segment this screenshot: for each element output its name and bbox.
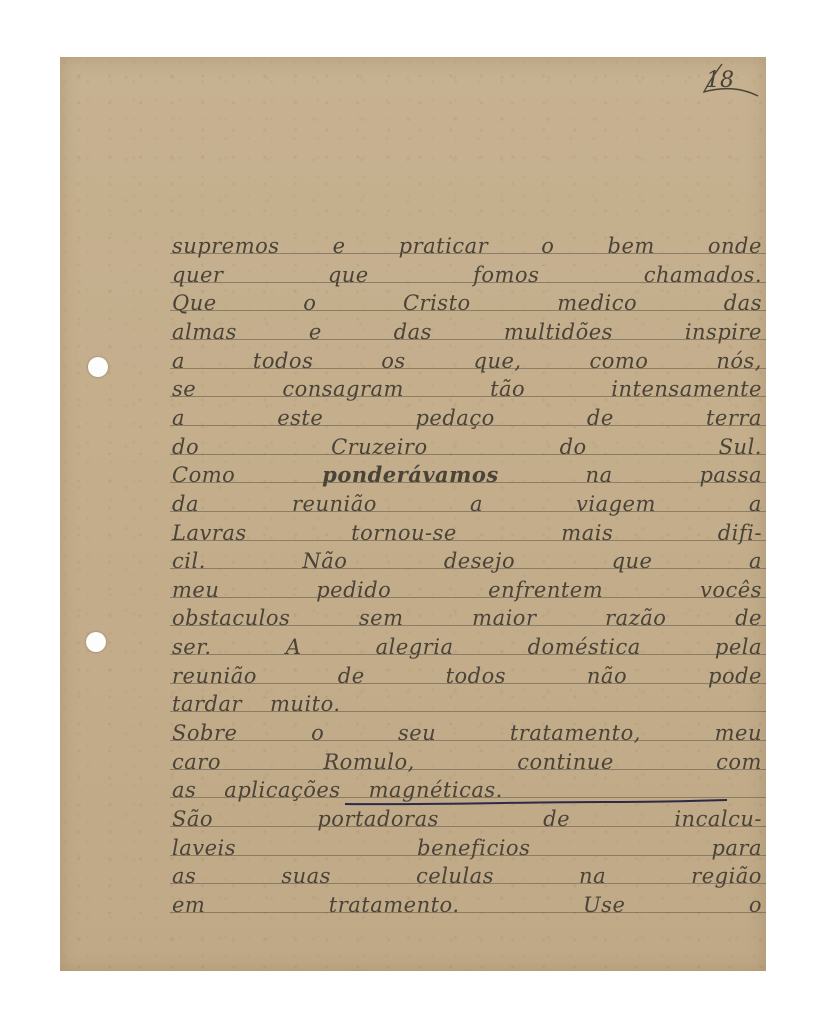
word: desejo	[444, 550, 515, 572]
word: viagem	[576, 493, 656, 515]
word: vocês	[700, 579, 762, 601]
word: do	[172, 436, 199, 458]
word: São	[172, 808, 213, 830]
text-line: cil.Nãodesejoquea	[172, 544, 762, 572]
word: a	[172, 407, 185, 429]
word: o	[303, 292, 316, 314]
word: almas	[172, 321, 237, 343]
word: como	[589, 350, 648, 372]
word: Sobre	[172, 722, 237, 744]
word: de	[587, 407, 614, 429]
text-line: asaplicaçõesmagnéticas.	[172, 773, 762, 801]
word: fomos	[473, 264, 539, 286]
word: passa	[699, 464, 762, 486]
word: se	[172, 378, 196, 400]
word: a	[749, 493, 762, 515]
word: as	[172, 865, 196, 887]
word: pedido	[316, 579, 391, 601]
word: ponderávamos	[322, 464, 499, 486]
text-line: ser.Aalegriadomésticapela	[172, 630, 762, 658]
word: tratamento.	[329, 894, 460, 916]
word: obstaculos	[172, 607, 290, 629]
text-line: Sobreoseutratamento,meu	[172, 716, 762, 744]
word: em	[172, 894, 205, 916]
word: muito.	[270, 693, 341, 715]
word: Sul.	[719, 436, 762, 458]
word: este	[277, 407, 323, 429]
word: que,	[474, 350, 522, 372]
word: das	[724, 292, 762, 314]
word: onde	[708, 235, 762, 257]
text-line: laveisbeneficiospara	[172, 831, 762, 859]
word: Cruzeiro	[331, 436, 428, 458]
word: o	[541, 235, 554, 257]
word: todos	[253, 350, 313, 372]
word: reunião	[172, 665, 257, 687]
text-line: querquefomoschamados.	[172, 258, 762, 286]
word: pedaço	[415, 407, 494, 429]
word: sem	[359, 607, 404, 629]
word: enfrentem	[488, 579, 603, 601]
text-line: doCruzeirodoSul.	[172, 430, 762, 458]
word: aplicações	[224, 779, 340, 801]
word: caro	[172, 751, 221, 773]
word: tão	[490, 378, 525, 400]
word: tratamento,	[510, 722, 641, 744]
word: na	[579, 865, 606, 887]
word: de	[543, 808, 570, 830]
word: inspire	[685, 321, 762, 343]
word: e	[309, 321, 322, 343]
word: Como	[172, 464, 235, 486]
word: tardar	[172, 693, 242, 715]
punch-hole-top	[88, 357, 108, 377]
text-line: seconsagramtãointensamente	[172, 372, 762, 400]
word: multidões	[504, 321, 613, 343]
word: na	[586, 464, 613, 486]
text-line: Lavrastornou-semaisdifi-	[172, 516, 762, 544]
word: celulas	[416, 865, 494, 887]
word: não	[587, 665, 627, 687]
word: Use	[583, 894, 625, 916]
word: a	[749, 550, 762, 572]
word: tornou-se	[351, 522, 457, 544]
text-line: tardarmuito.	[172, 687, 762, 715]
word: Que	[172, 292, 217, 314]
word: com	[716, 751, 762, 773]
word: intensamente	[611, 378, 762, 400]
word: quer	[172, 264, 223, 286]
word: terra	[706, 407, 762, 429]
word: reunião	[292, 493, 377, 515]
word: maior	[472, 607, 536, 629]
word: difi-	[718, 522, 762, 544]
word: medico	[557, 292, 637, 314]
ink-underline	[345, 799, 727, 807]
word: suas	[281, 865, 331, 887]
word: região	[691, 865, 762, 887]
word: da	[172, 493, 199, 515]
word: o	[311, 722, 324, 744]
word: alegria	[376, 636, 454, 658]
word: os	[381, 350, 405, 372]
text-line: obstaculossemmaiorrazãode	[172, 601, 762, 629]
word: Lavras	[172, 522, 247, 544]
word: pode	[708, 665, 762, 687]
word: consagram	[282, 378, 404, 400]
word: para	[711, 837, 762, 859]
word: todos	[446, 665, 506, 687]
text-line: dareuniãoaviagema	[172, 487, 762, 515]
word: beneficios	[417, 837, 530, 859]
word: doméstica	[528, 636, 641, 658]
text-line: aestepedaçodeterra	[172, 401, 762, 429]
word: magnéticas.	[369, 779, 503, 801]
text-line: reuniãodetodosnãopode	[172, 659, 762, 687]
word: a	[470, 493, 483, 515]
text-line: QueoCristomedicodas	[172, 286, 762, 314]
word: nós,	[716, 350, 762, 372]
word: continue	[517, 751, 614, 773]
word: que	[612, 550, 653, 572]
word: Não	[302, 550, 347, 572]
word: meu	[715, 722, 762, 744]
word: do	[560, 436, 587, 458]
text-line: meupedidoenfrentemvocês	[172, 573, 762, 601]
word: Cristo	[403, 292, 471, 314]
word: de	[735, 607, 762, 629]
punch-hole-bottom	[86, 632, 106, 652]
word: incalcu-	[674, 808, 762, 830]
text-line: supremosepraticarobemonde	[172, 229, 762, 257]
text-line: atodososque,comonós,	[172, 344, 762, 372]
text-line: assuascelulasnaregião	[172, 859, 762, 887]
word: as	[172, 779, 196, 801]
word: e	[333, 235, 346, 257]
word: meu	[172, 579, 219, 601]
word: Romulo,	[323, 751, 414, 773]
word: bem	[608, 235, 655, 257]
text-line: almasedasmultidõesinspire	[172, 315, 762, 343]
word: a	[172, 350, 185, 372]
text-line: Comoponderávamosnapassa	[172, 458, 762, 486]
word: que	[328, 264, 369, 286]
word: ser.	[172, 636, 212, 658]
word: praticar	[399, 235, 488, 257]
word: mais	[561, 522, 613, 544]
word: laveis	[172, 837, 236, 859]
word: A	[286, 636, 302, 658]
word: razão	[605, 607, 666, 629]
word: supremos	[172, 235, 280, 257]
word: de	[338, 665, 365, 687]
word: portadoras	[317, 808, 439, 830]
word: o	[749, 894, 762, 916]
word: chamados.	[644, 264, 762, 286]
text-line: emtratamento.Useo	[172, 888, 762, 916]
word: cil.	[172, 550, 206, 572]
word: seu	[398, 722, 436, 744]
page-number: 18	[706, 68, 734, 93]
text-line: caroRomulo,continuecom	[172, 745, 762, 773]
word: pela	[715, 636, 762, 658]
word: das	[394, 321, 432, 343]
